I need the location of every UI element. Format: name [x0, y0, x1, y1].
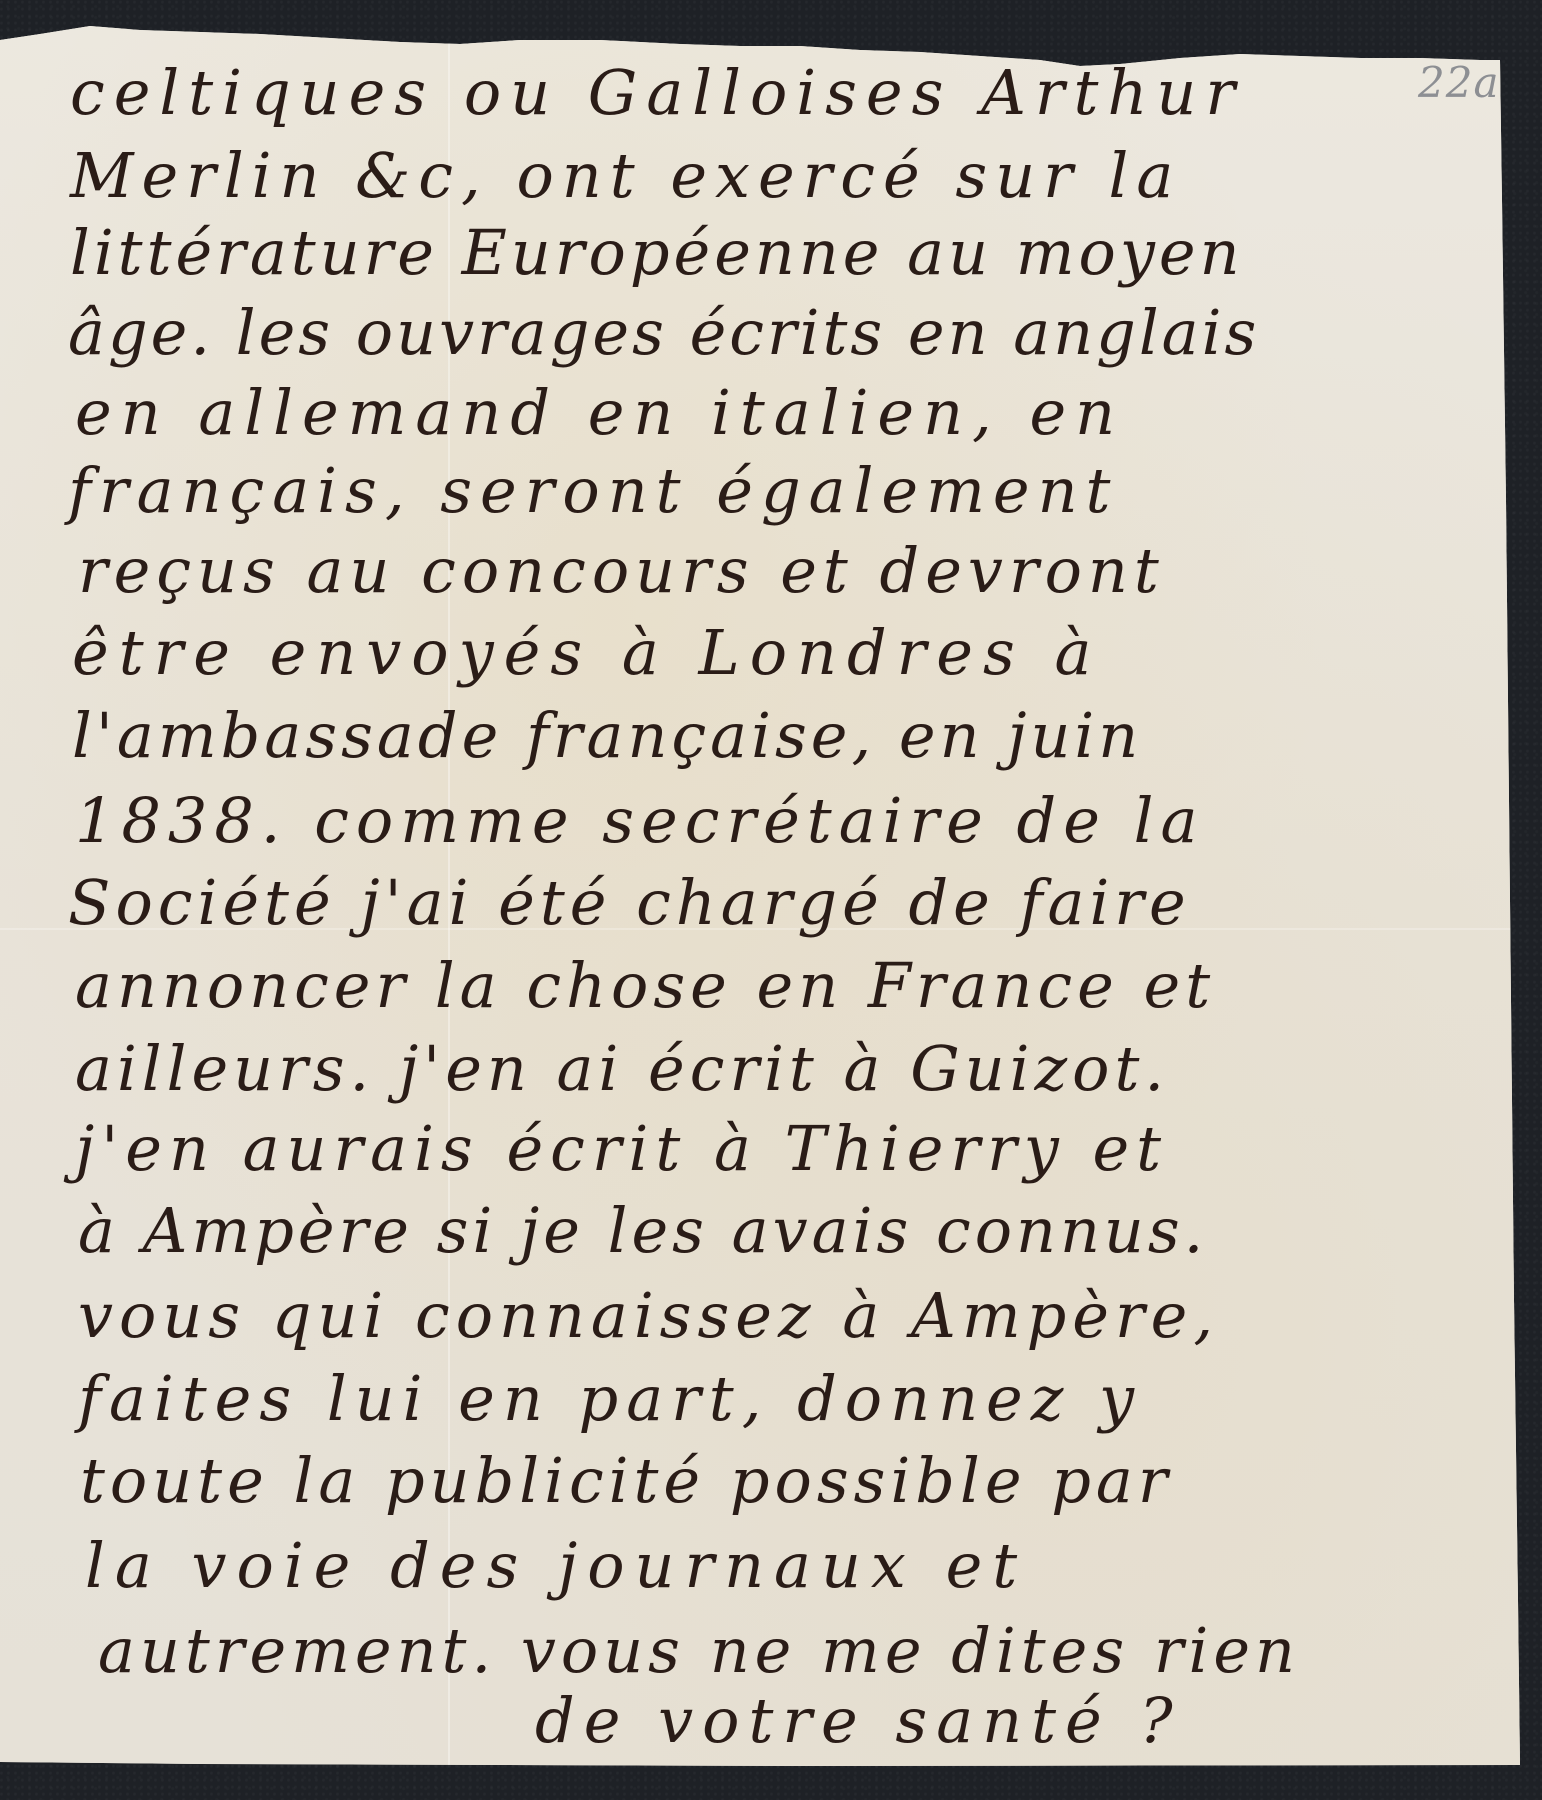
text-line-18: toute la publicité possible par [80, 1450, 1173, 1512]
text-line-3: littérature Européenne au moyen [70, 222, 1244, 284]
text-line-19: la voie des journaux et [85, 1535, 1027, 1597]
page-number-annotation: 22a [1418, 58, 1499, 107]
text-line-1: celtiques ou Galloises Arthur [70, 62, 1244, 124]
text-line-14: j'en aurais écrit à Thierry et [75, 1118, 1168, 1180]
text-line-15: à Ampère si je les avais connus. [78, 1200, 1207, 1262]
manuscript-page: 22a celtiques ou Galloises Arthur Merlin… [0, 0, 1522, 1768]
text-line-12: annoncer la chose en France et [75, 955, 1215, 1017]
text-line-11: Société j'ai été chargé de faire [68, 872, 1191, 934]
text-line-20: autrement. vous ne me dites rien [98, 1620, 1300, 1682]
text-line-8: être envoyés à Londres à [72, 622, 1101, 684]
text-line-2: Merlin &c, ont exercé sur la [70, 145, 1181, 207]
text-line-13: ailleurs. j'en ai écrit à Guizot. [75, 1038, 1169, 1100]
text-line-7: reçus au concours et devront [78, 540, 1165, 602]
text-line-5: en allemand en italien, en [75, 382, 1124, 444]
text-line-4: âge. les ouvrages écrits en anglais [68, 302, 1259, 364]
text-line-6: français, seront également [68, 460, 1118, 522]
text-line-17: faites lui en part, donnez y [78, 1368, 1142, 1430]
text-line-9: l'ambassade française, en juin [72, 705, 1142, 767]
text-line-21: de votre santé ? [535, 1690, 1182, 1752]
text-line-10: 1838. comme secrétaire de la [75, 790, 1204, 852]
text-line-16: vous qui connaissez à Ampère, [78, 1285, 1219, 1347]
